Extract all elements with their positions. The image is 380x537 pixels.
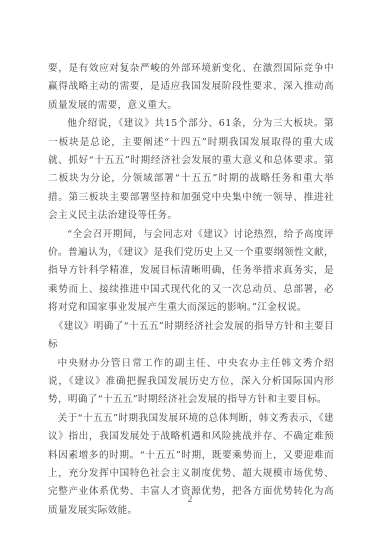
- section-heading: 《建议》明确了“十五五”时期经济社会发展的指导方针和主要目标: [48, 318, 334, 355]
- paragraph-guideline: 中央财办分管日常工作的副主任、中央农办主任韩文秀介绍说，《建议》准确把握我国发展…: [48, 355, 334, 410]
- document-body: 要，是有效应对复杂严峻的外部环境新变化、在激烈国际竞争中赢得战略主动的需要，是适…: [48, 60, 334, 520]
- paragraph-structure: 他介绍说，《建议》共15个部分、61条，分为三大板块。第一板块是总论，主要阐述“…: [48, 115, 334, 225]
- page-number: 2: [0, 494, 380, 504]
- document-page: 要，是有效应对复杂严峻的外部环境新变化、在激烈国际竞争中赢得战略主动的需要，是适…: [0, 0, 380, 537]
- paragraph-continued: 要，是有效应对复杂严峻的外部环境新变化、在激烈国际竞争中赢得战略主动的需要，是适…: [48, 60, 334, 115]
- paragraph-quote: “全会召开期间，与会同志对《建议》讨论热烈，给予高度评价。普遍认为，《建议》是我…: [48, 226, 334, 318]
